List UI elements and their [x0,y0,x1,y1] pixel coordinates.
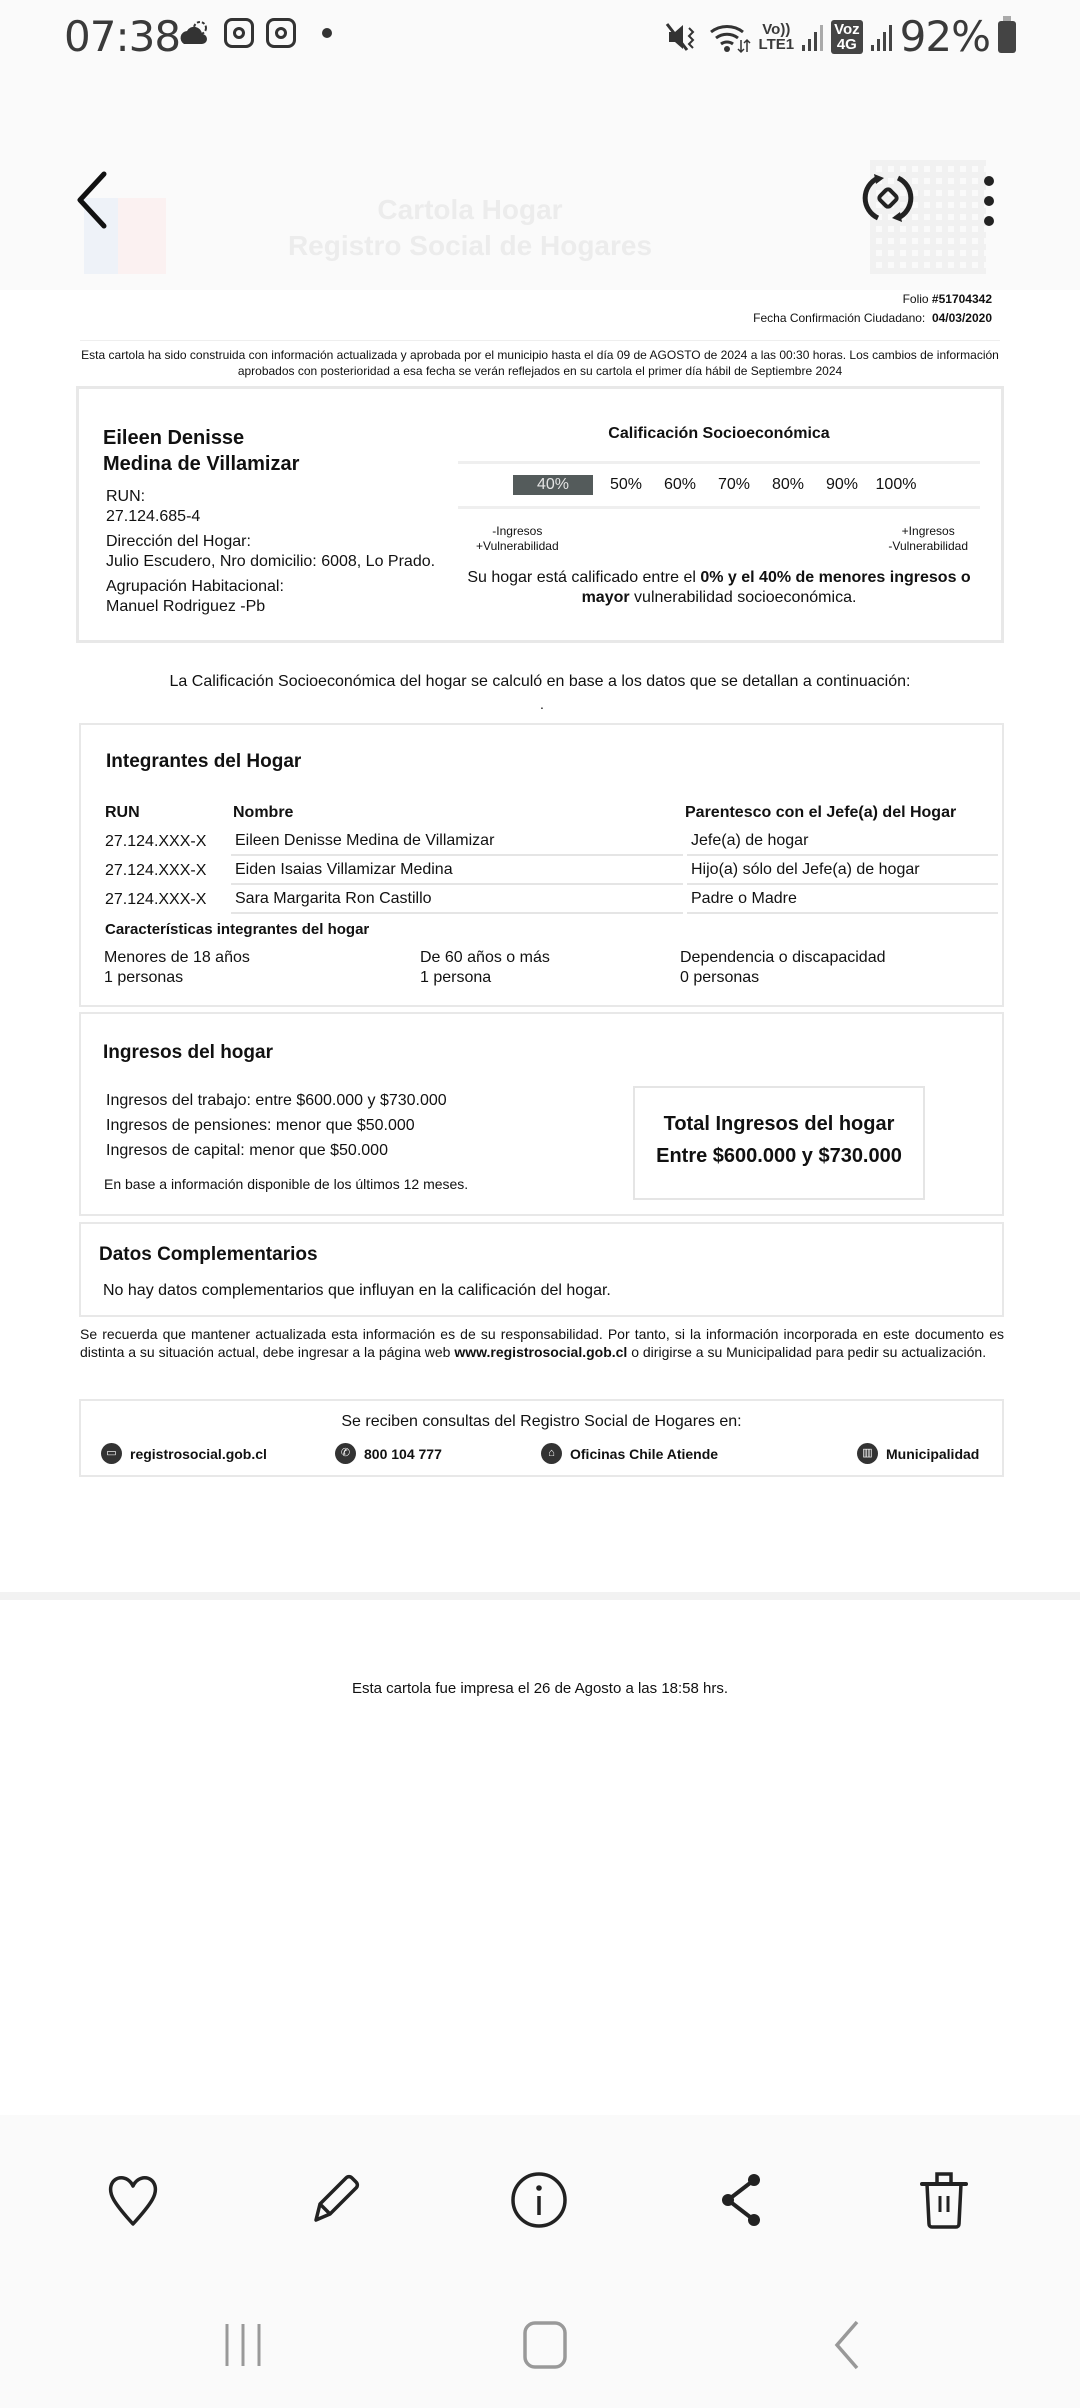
wifi-icon [707,20,751,54]
calificacion-scale: 40%50%60%70%80%90%100% [458,464,980,506]
caracteristica-item: Dependencia o discapacidad0 personas [680,948,996,988]
consultas-section: Se reciben consultas del Registro Social… [79,1399,1004,1477]
caracteristicas-title: Características integrantes del hogar [105,921,369,938]
notification-dot-icon [322,28,332,38]
integrantes-section: Integrantes del Hogar RUN Nombre Parente… [79,723,1004,1007]
scale-step: 80% [761,476,815,494]
system-nav-bar [0,2290,1080,2408]
ingreso-item: Ingresos del trabajo: entre $600.000 y $… [106,1088,447,1113]
building-icon: ▥ [857,1443,878,1464]
run-value: 27.124.685-4 [106,508,200,525]
document-page: Folio #51704342 Fecha Confirmación Ciuda… [0,290,1080,1600]
info-button[interactable] [499,2160,579,2240]
consulta-item[interactable]: ⌂Oficinas Chile Atiende [541,1443,718,1464]
recents-button[interactable] [203,2310,283,2380]
integrantes-title: Integrantes del Hogar [106,751,301,773]
ingresos-list: Ingresos del trabajo: entre $600.000 y $… [106,1088,447,1163]
datos-complementarios-section: Datos Complementarios No hay datos compl… [79,1222,1004,1317]
consulta-item[interactable]: ▭registrosocial.gob.cl [101,1443,267,1464]
ingresos-section: Ingresos del hogar Ingresos del trabajo:… [79,1012,1004,1216]
favorite-button[interactable] [93,2160,173,2240]
calificacion-title: Calificación Socioeconómica [458,425,980,449]
action-bar [0,2115,1080,2290]
home-icon [522,2320,568,2370]
document-title-watermark: Cartola Hogar Registro Social de Hogares [240,192,700,264]
heart-icon [103,2172,163,2228]
scale-step: 70% [707,476,761,494]
more-vertical-icon [984,176,994,186]
printed-timestamp: Esta cartola fue impresa el 26 de Agosto… [0,1680,1080,1697]
head-of-household-name: Eileen Denisse Medina de Villamizar [103,425,299,477]
responsibility-notice: Se recuerda que mantener actualizada est… [80,1325,1004,1361]
scale-step-selected: 40% [513,475,593,495]
folio-number: #51704342 [932,292,992,306]
phone-icon: ✆ [335,1443,356,1464]
scale-step: 60% [653,476,707,494]
ingresos-total-value: Entre $600.000 y $730.000 [635,1140,923,1172]
info-icon [510,2171,568,2229]
consulta-item[interactable]: ✆800 104 777 [335,1443,442,1464]
weather-cloud-sun-icon [178,18,212,48]
caracteristica-item: Menores de 18 años1 personas [104,948,420,988]
instagram-icon [224,18,254,48]
ingresos-note: En base a información disponible de los … [104,1176,468,1192]
recents-icon [221,2322,265,2368]
update-notice: Esta cartola ha sido construida con info… [80,340,1000,379]
table-row: 27.124.XXX-XSara Margarita Ron CastilloP… [105,885,1002,914]
document-page-2: Esta cartola fue impresa el 26 de Agosto… [0,1600,1080,2115]
status-time: 07:38 [64,12,180,61]
calificacion-statement: Su hogar está calificado entre el 0% y e… [458,568,980,608]
rotate-button[interactable] [862,172,914,224]
folio-block: Folio #51704342 Fecha Confirmación Ciuda… [753,290,992,328]
mute-vibrate-icon [665,20,699,54]
registro-social-link[interactable]: www.registrosocial.gob.cl [454,1344,627,1360]
caracteristicas-grid: Menores de 18 años1 personasDe 60 años o… [104,948,984,988]
calc-explanation: La Calificación Socioeconómica del hogar… [80,673,1000,691]
integrantes-table: RUN Nombre Parentesco con el Jefe(a) del… [105,799,1002,914]
scale-step: 90% [815,476,869,494]
battery-icon [998,21,1016,53]
page-separator [0,1592,1080,1600]
share-button[interactable] [701,2160,781,2240]
consulta-item[interactable]: ▥Municipalidad [857,1443,979,1464]
instagram-icon [266,18,296,48]
battery-percent: 92% [900,12,990,61]
ingresos-total-box: Total Ingresos del hogar Entre $600.000 … [633,1086,925,1200]
table-row: 27.124.XXX-XEiden Isaias Villamizar Medi… [105,856,1002,885]
person-info: RUN:27.124.685-4 Dirección del Hogar:Jul… [106,487,435,622]
back-button[interactable] [70,168,118,232]
volte-4g-indicator: Voz4G [831,20,863,54]
status-bar: 07:38 Vo))LTE1 Voz4G 92% [0,0,1080,72]
ingresos-title: Ingresos del hogar [103,1042,273,1064]
lte-indicator: Vo))LTE1 [759,22,795,52]
signal-icon [802,23,823,51]
computer-icon: ▭ [101,1443,122,1464]
home-icon: ⌂ [541,1443,562,1464]
agrupacion-value: Manuel Rodriguez -Pb [106,598,265,615]
caracteristica-item: De 60 años o más1 persona [420,948,680,988]
back-icon [829,2318,865,2372]
scale-step: 50% [599,476,653,494]
scale-step: 100% [869,476,923,494]
fecha-confirmacion: 04/03/2020 [932,311,992,325]
ingreso-item: Ingresos de capital: menor que $50.000 [106,1138,447,1163]
more-options-button[interactable] [978,176,1000,226]
ingreso-item: Ingresos de pensiones: menor que $50.000 [106,1113,447,1138]
home-button[interactable] [505,2310,585,2380]
calificacion-legend: -Ingresos+Vulnerabilidad +Ingresos-Vulne… [458,509,980,554]
rotate-icon [862,172,914,224]
delete-icon [919,2170,969,2230]
table-header: RUN Nombre Parentesco con el Jefe(a) del… [105,799,1002,827]
edit-button[interactable] [296,2160,376,2240]
table-row: 27.124.XXX-XEileen Denisse Medina de Vil… [105,827,1002,856]
direccion-value: Julio Escudero, Nro domicilio: 6008, Lo … [106,553,435,570]
chevron-left-icon [70,168,118,232]
edit-icon [308,2172,364,2228]
calificacion-socioeconomica: Calificación Socioeconómica 40%50%60%70%… [458,425,980,608]
household-summary: Eileen Denisse Medina de Villamizar RUN:… [76,386,1004,643]
back-nav-button[interactable] [807,2310,887,2380]
share-icon [716,2172,766,2228]
datos-title: Datos Complementarios [99,1244,318,1266]
signal-icon [871,23,892,51]
delete-button[interactable] [904,2160,984,2240]
